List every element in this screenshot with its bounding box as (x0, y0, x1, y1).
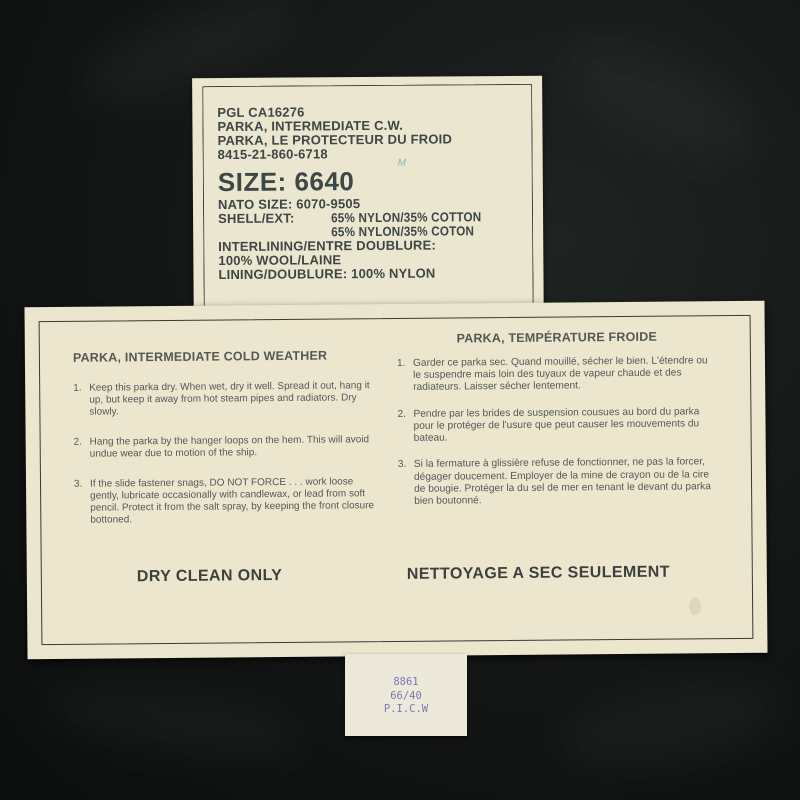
care-item: 1. Keep this parka dry. When wet, dry it… (73, 380, 383, 419)
care-item: 2. Hang the parka by the hanger loops on… (74, 434, 384, 461)
stamp-line: P.I.C.W (345, 703, 467, 717)
care-item: 3. Si la fermature à glissière refuse de… (398, 457, 718, 509)
care-item: 1. Garder ce parka sec. Quand mouillé, s… (397, 355, 717, 394)
shell-value-fr: 65% NYLON/35% COTON (331, 225, 474, 240)
care-title-fr: PARKA, TEMPÉRATURE FROIDE (397, 329, 717, 346)
stamp-line: 8861 (345, 676, 467, 690)
nsn-number: 8415-21-860-6718 (218, 146, 498, 162)
dry-clean-fr: NETTOYAGE A SEC SEULEMENT (407, 564, 670, 584)
size-label: PGL CA16276 PARKA, INTERMEDIATE C.W. PAR… (192, 76, 544, 338)
stamp-line: 66/40 (345, 690, 467, 704)
lining: LINING/DOUBLURE: 100% NYLON (218, 266, 498, 282)
shell-key: SHELL/EXT: (218, 211, 331, 226)
care-title-en: PARKA, INTERMEDIATE COLD WEATHER (73, 348, 383, 365)
care-item: 2. Pendre par les brides de suspension c… (397, 406, 717, 445)
care-instructions-fr: PARKA, TEMPÉRATURE FROIDE 1. Garder ce p… (397, 345, 719, 522)
inspection-stamp: 8861 66/40 P.I.C.W (345, 676, 467, 717)
care-instructions-en: PARKA, INTERMEDIATE COLD WEATHER 1. Keep… (73, 348, 385, 545)
dry-clean-en: DRY CLEAN ONLY (137, 567, 283, 586)
fabric-fold (37, 672, 303, 768)
shell-row-fr: 65% NYLON/35% COTON (218, 224, 498, 240)
inspection-tag: 8861 66/40 P.I.C.W (345, 654, 467, 736)
pencil-mark: M (398, 159, 406, 170)
size-label-text: PGL CA16276 PARKA, INTERMEDIATE C.W. PAR… (217, 104, 498, 282)
stain-mark (689, 597, 701, 615)
size-value: SIZE: 6640 (218, 166, 498, 196)
care-item: 3. If the slide fastener snags, DO NOT F… (74, 476, 384, 527)
fabric-fold (552, 21, 767, 178)
care-label: PARKA, INTERMEDIATE COLD WEATHER 1. Keep… (24, 301, 767, 659)
fabric-fold (556, 671, 785, 778)
